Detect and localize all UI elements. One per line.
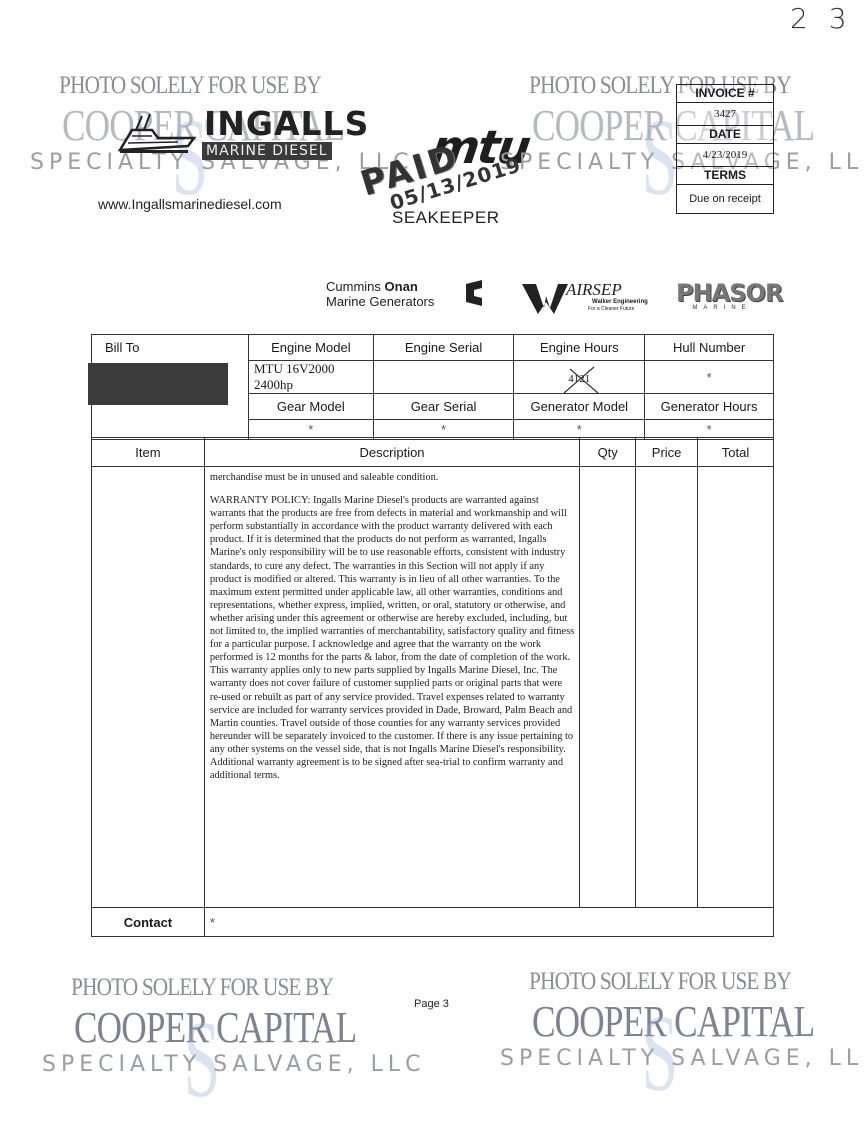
company-website[interactable]: www.Ingallsmarinediesel.com	[98, 196, 282, 212]
watermark-text: PHOTO SOLELY FOR USE BY	[524, 968, 796, 996]
company-subtitle: MARINE DIESEL	[202, 142, 332, 160]
terms-value: Due on receipt	[677, 185, 773, 213]
handwritten-page-number: 2 3	[790, 2, 853, 35]
price-cell	[636, 467, 698, 908]
qty-cell	[580, 467, 636, 908]
bill-to-value	[92, 361, 249, 440]
seakeeper-logo: SEAKEEPER	[392, 208, 500, 228]
cummins-text: Cummins	[326, 279, 381, 294]
engine-hours-crossed-out: 4121	[568, 373, 590, 385]
watermark-text: PHOTO SOLELY FOR USE BY	[54, 72, 326, 100]
watermark-text: SPECIALTY SALVAGE, LLC	[42, 1052, 362, 1077]
airsep-text: AIRSEP	[566, 280, 622, 300]
yacht-icon	[118, 110, 198, 158]
item-header: Item	[92, 438, 205, 467]
description-cell: merchandise must be in unused and saleab…	[204, 467, 579, 908]
cummins-onan-logo-text: Cummins Onan Marine Generators	[326, 279, 434, 309]
marine-generators-text: Marine Generators	[326, 294, 434, 309]
walker-engineering-text: Walker Engineering	[592, 299, 648, 305]
watermark-bottom-right: PHOTO SOLELY FOR USE BY COOPER CAPITAL S…	[500, 968, 820, 1071]
line-items-table: Item Description Qty Price Total merchan…	[91, 437, 774, 937]
warranty-policy-paragraph: WARRANTY POLICY: Ingalls Marine Diesel's…	[210, 494, 575, 782]
total-cell	[698, 467, 774, 908]
page-number: Page 3	[414, 998, 449, 1010]
generator-hours-header: Generator Hours	[645, 394, 774, 420]
description-header: Description	[204, 438, 579, 467]
bill-to-label: Bill To	[92, 335, 249, 361]
engine-hours-header: Engine Hours	[514, 335, 645, 361]
watermark-text: COOPER CAPITAL	[74, 1006, 330, 1050]
watermark-text: PHOTO SOLELY FOR USE BY	[66, 974, 338, 1002]
airsep-logo: AIRSEP Walker Engineering For a Cleaner …	[522, 280, 672, 314]
item-cell	[92, 467, 205, 908]
watermark-text: COOPER CAPITAL	[532, 1000, 788, 1044]
invoice-date: 4/23/2019	[677, 144, 773, 167]
contact-value: *	[204, 908, 773, 937]
engine-serial-value	[373, 361, 514, 394]
cross-out-icon	[560, 365, 600, 395]
watermark-bottom-left: PHOTO SOLELY FOR USE BY COOPER CAPITAL S…	[42, 974, 362, 1077]
gear-model-header: Gear Model	[248, 394, 373, 420]
cummins-logo-icon	[462, 280, 490, 306]
engine-model-header: Engine Model	[248, 335, 373, 361]
invoice-number: 3427	[677, 103, 773, 126]
invoice-info-box: INVOICE # 3427 DATE 4/23/2019 TERMS Due …	[676, 84, 774, 214]
price-header: Price	[636, 438, 698, 467]
phasor-text: PHASOR	[676, 279, 768, 307]
watermark-text: SPECIALTY SALVAGE, LLC	[500, 1046, 820, 1071]
engine-hours-value: 4121	[514, 361, 645, 394]
phasor-marine-logo: PHASOR MARINE	[676, 279, 768, 311]
date-label: DATE	[677, 126, 773, 144]
ingalls-logo: INGALLS MARINE DIESEL	[118, 108, 354, 164]
description-paragraph: merchandise must be in unused and saleab…	[210, 471, 575, 484]
redacted-block	[88, 363, 228, 405]
hull-number-header: Hull Number	[645, 335, 774, 361]
airsep-tagline: For a Cleaner Future	[588, 306, 634, 312]
engine-model-value: MTU 16V2000 2400hp	[248, 361, 373, 394]
company-name: INGALLS	[204, 104, 369, 143]
qty-header: Qty	[580, 438, 636, 467]
vessel-info-table: Bill To Engine Model Engine Serial Engin…	[91, 334, 774, 440]
walker-w-icon	[522, 280, 568, 314]
generator-model-header: Generator Model	[514, 394, 645, 420]
onan-text: Onan	[385, 279, 418, 294]
total-header: Total	[698, 438, 774, 467]
terms-label: TERMS	[677, 167, 773, 185]
engine-serial-header: Engine Serial	[373, 335, 514, 361]
hull-number-value: *	[645, 361, 774, 394]
contact-label: Contact	[92, 908, 205, 937]
gear-serial-header: Gear Serial	[373, 394, 514, 420]
invoice-number-label: INVOICE #	[677, 85, 773, 103]
